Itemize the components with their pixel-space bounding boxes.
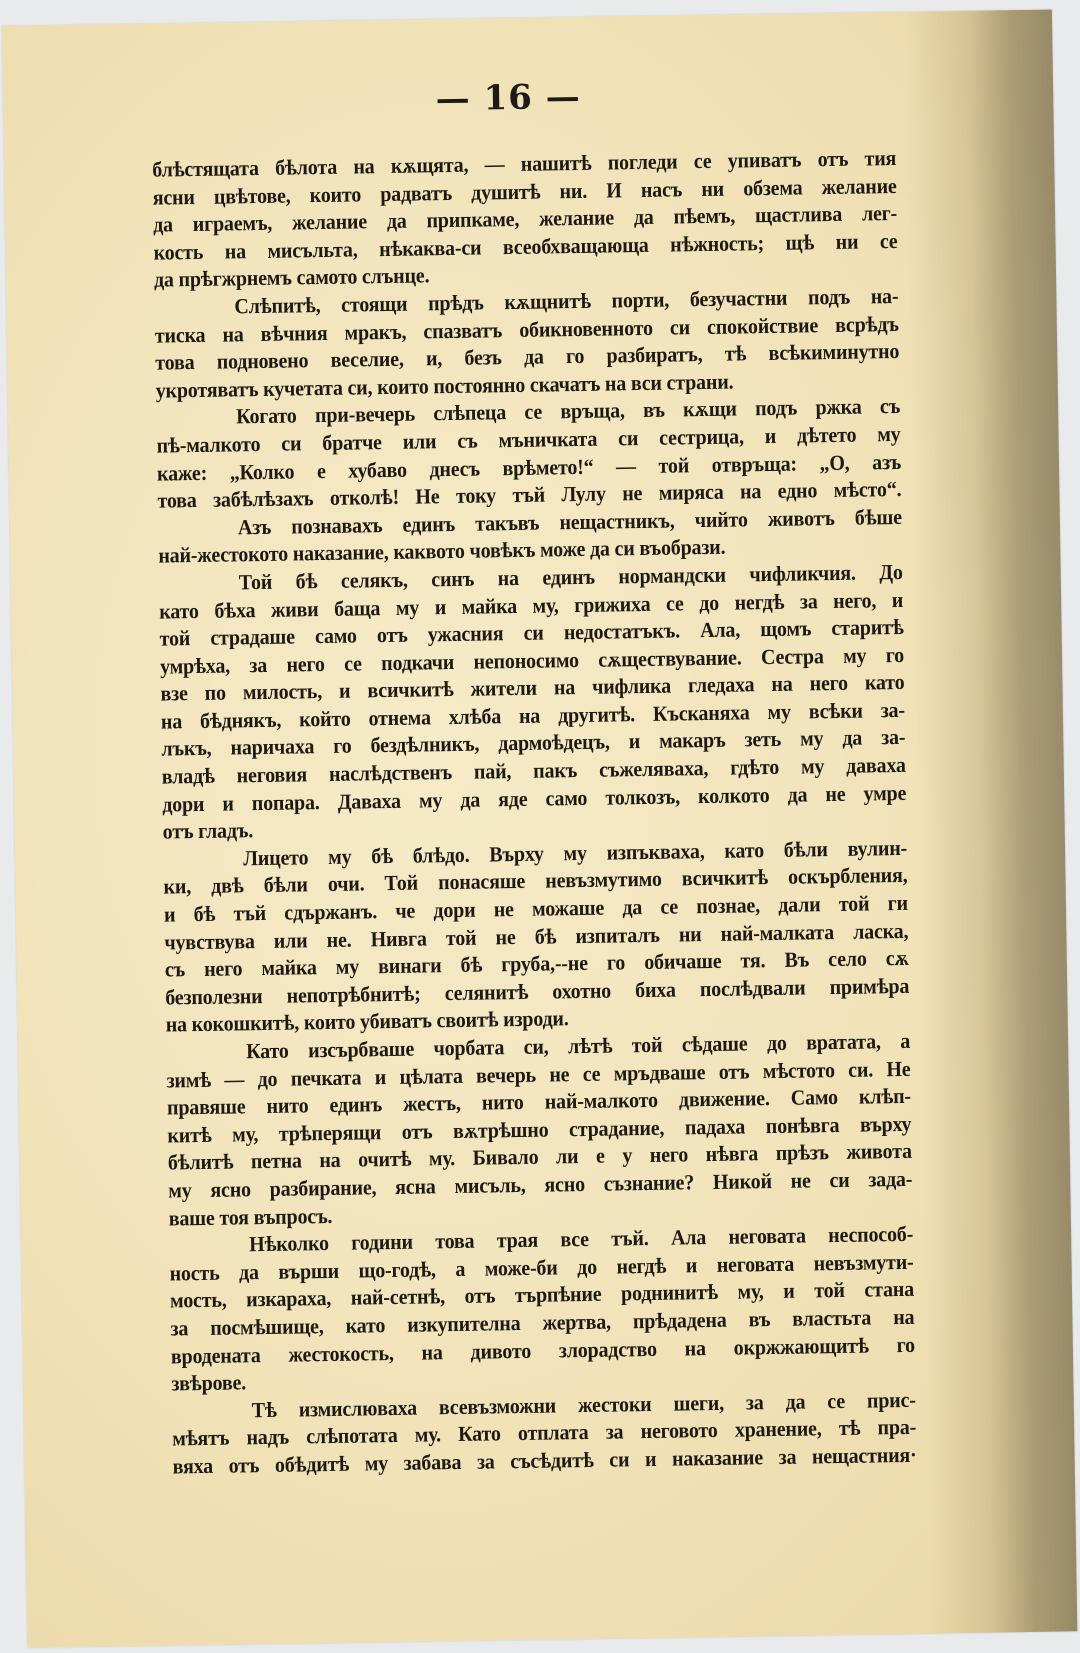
paragraph: Лицето му бѣ блѣдо. Върху му изпъкваха, … [163,835,910,1040]
book-page: — 16 — блѣстящата бѣлота на кѫщята, — на… [2,10,1077,1648]
paragraph: Когато при-вечерь слѣпеца се връща, въ к… [156,393,902,515]
paragraph: блѣстящата бѣлота на кѫщята, — нашитѣ по… [152,145,898,295]
paragraph: Тѣ измислюваха всевъзможни жестоки шеги,… [172,1387,917,1481]
paragraph: Той бѣ селякъ, синъ на единъ нормандски … [159,559,907,847]
page-number: — 16 — [3,69,1053,125]
page-body-text: блѣстящата бѣлота на кѫщята, — нашитѣ по… [152,145,917,1481]
paragraph: Като изсърбваше чорбата си, лѣтѣ той сѣд… [166,1028,913,1233]
paragraph: Нѣколко години това трая все тъй. Ала не… [169,1221,916,1398]
paragraph: Слѣпитѣ, стоящи прѣдъ кѫщнитѣ порти, без… [154,283,900,405]
